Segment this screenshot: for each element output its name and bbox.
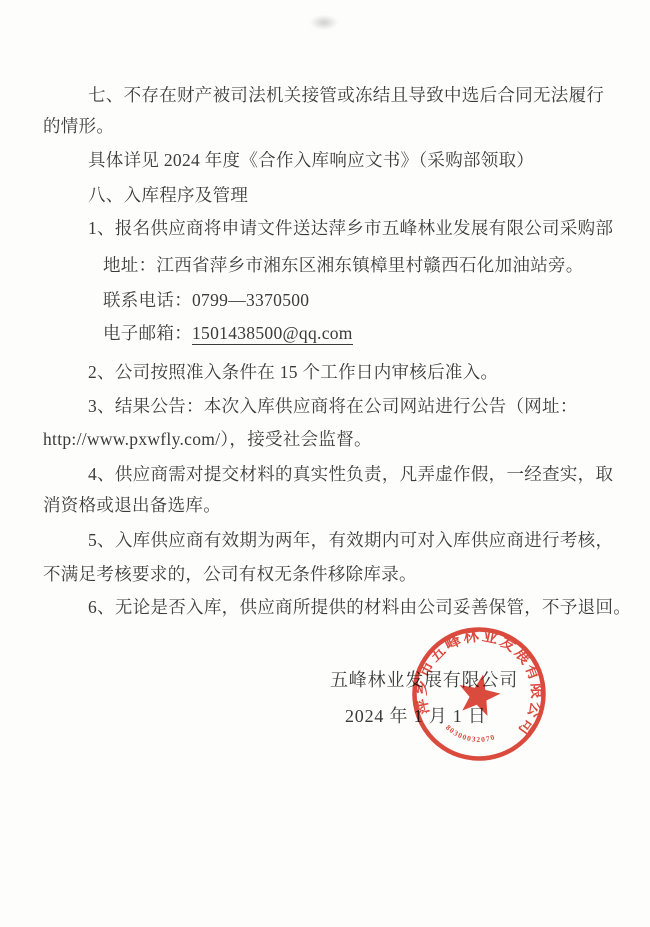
list-item-1: 1、报名供应商将申请文件送达萍乡市五峰林业发展有限公司采购部	[88, 220, 613, 238]
email-address: 1501438500@qq.com	[192, 323, 353, 345]
email-line: 电子邮箱：1501438500@qq.com	[103, 325, 353, 343]
paragraph-item-7: 七、不存在财产被司法机关接管或冻结且导致中选后合同无法履行	[88, 87, 604, 105]
list-item-5-cont: 不满足考核要求的，公司有权无条件移除库录。	[43, 566, 417, 584]
list-item-5: 5、入库供应商有效期为两年，有效期内可对入库供应商进行考核，	[88, 532, 613, 550]
paragraph-item-7-cont: 的情形。	[43, 118, 114, 136]
paragraph-detail-note: 具体详见 2024 年度《合作入库响应文书》（采购部领取）	[88, 152, 534, 170]
scan-smudge	[310, 15, 338, 30]
email-label: 电子邮箱：	[103, 323, 192, 343]
list-item-6: 6、无论是否入库，供应商所提供的材料由公司妥善保管，不予退回。	[88, 599, 631, 617]
list-item-3-cont-url: http://www.pxwfly.com/），接受社会监督。	[43, 431, 372, 449]
company-seal: 萍乡市五峰林业发展有限公司 3803000320708	[396, 611, 562, 777]
list-item-3: 3、结果公告：本次入库供应商将在公司网站进行公告（网址：	[88, 398, 578, 416]
phone-line: 联系电话：0799—3370500	[103, 292, 309, 310]
section-heading-8: 八、入库程序及管理	[88, 187, 248, 205]
scanned-document-page: 七、不存在财产被司法机关接管或冻结且导致中选后合同无法履行 的情形。 具体详见 …	[0, 0, 650, 927]
list-item-4: 4、供应商需对提交材料的真实性负责，凡弄虚作假，一经查实，取	[88, 466, 613, 484]
star-icon	[454, 670, 503, 718]
address-line: 地址：江西省萍乡市湘东区湘东镇樟里村赣西石化加油站旁。	[103, 257, 584, 275]
list-item-4-cont: 消资格或退出备选库。	[43, 497, 221, 515]
list-item-2: 2、公司按照准入条件在 15 个工作日内审核后准入。	[88, 364, 498, 382]
